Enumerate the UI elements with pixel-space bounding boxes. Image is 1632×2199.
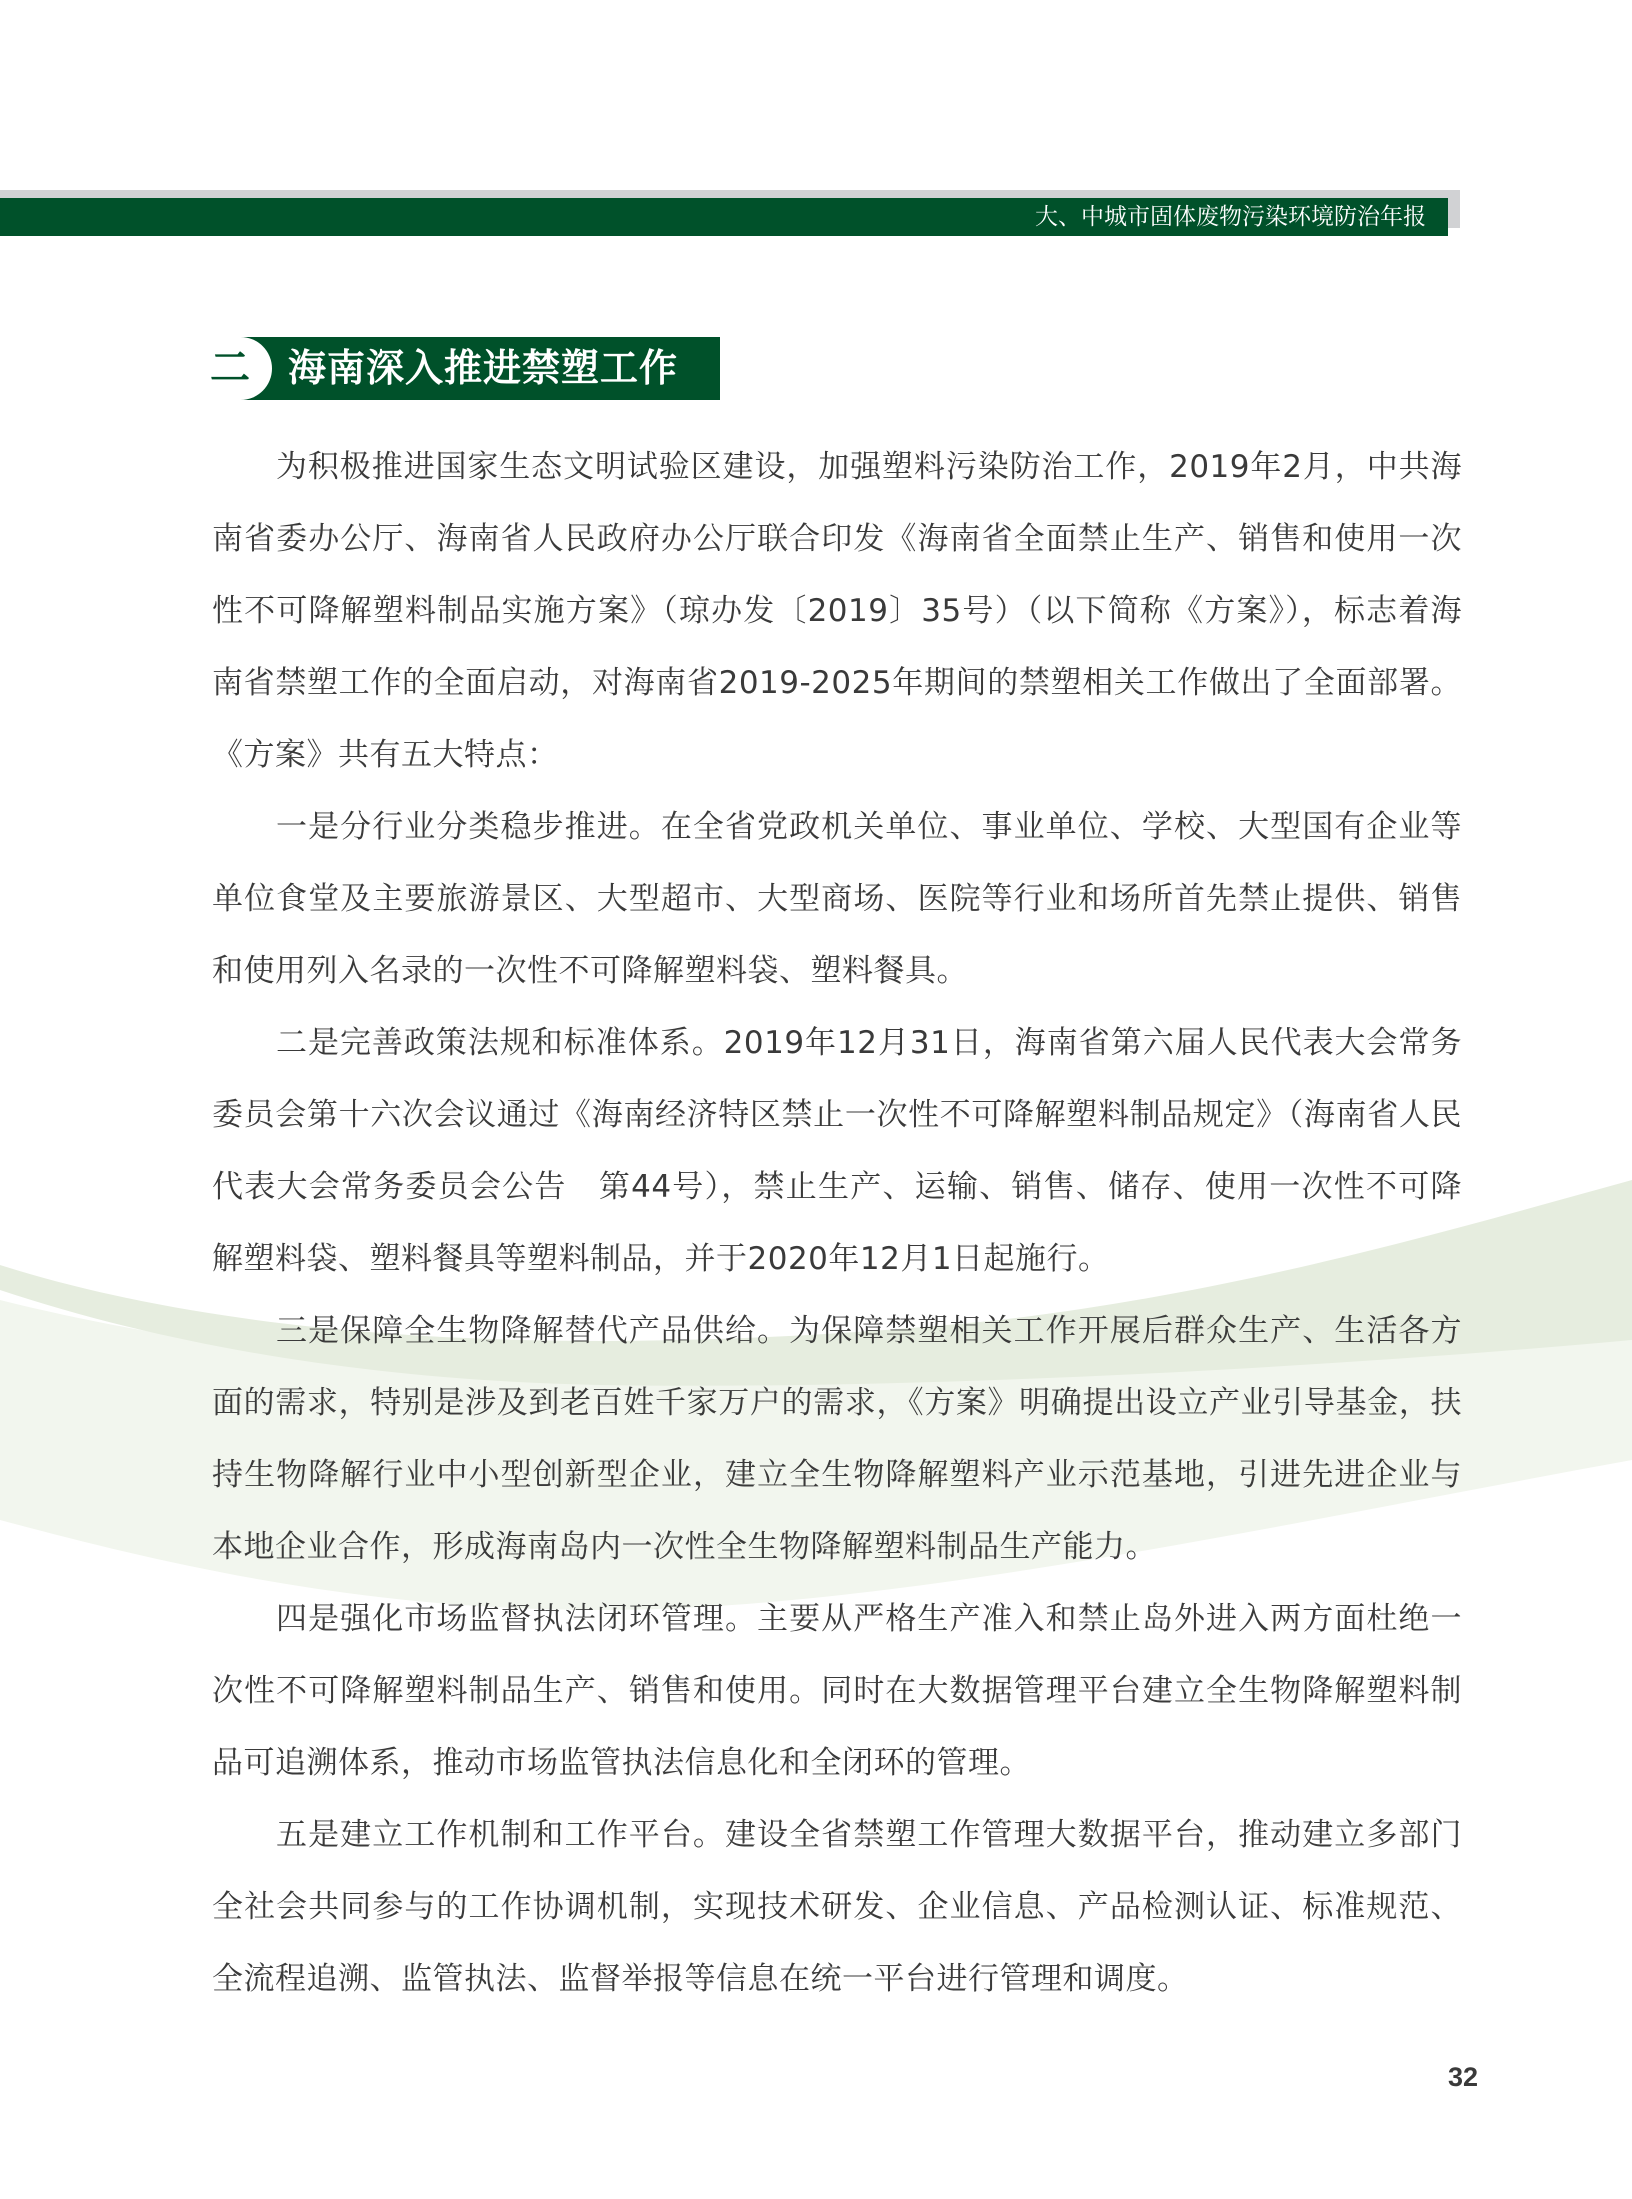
page-number: 32 <box>1448 2062 1478 2093</box>
body-text: 为积极推进国家生态文明试验区建设，加强塑料污染防治工作，2019年2月，中共海南… <box>212 431 1462 2015</box>
paragraph-feature-3: 三是保障全生物降解替代产品供给。为保障禁塑相关工作开展后群众生产、生活各方面的需… <box>212 1295 1462 1583</box>
paragraph-intro: 为积极推进国家生态文明试验区建设，加强塑料污染防治工作，2019年2月，中共海南… <box>212 431 1462 791</box>
section-number: 二 <box>210 337 250 400</box>
paragraph-feature-4: 四是强化市场监督执法闭环管理。主要从严格生产准入和禁止岛外进入两方面杜绝一次性不… <box>212 1583 1462 1799</box>
section-title: 海南深入推进禁塑工作 <box>288 337 678 400</box>
running-header-bar: 大、中城市固体废物污染环境防治年报 <box>0 198 1448 236</box>
paragraph-feature-5: 五是建立工作机制和工作平台。建设全省禁塑工作管理大数据平台，推动建立多部门全社会… <box>212 1799 1462 2015</box>
report-title: 大、中城市固体废物污染环境防治年报 <box>1035 198 1426 236</box>
paragraph-feature-1: 一是分行业分类稳步推进。在全省党政机关单位、事业单位、学校、大型国有企业等单位食… <box>212 791 1462 1007</box>
paragraph-feature-2: 二是完善政策法规和标准体系。2019年12月31日，海南省第六届人民代表大会常务… <box>212 1007 1462 1295</box>
